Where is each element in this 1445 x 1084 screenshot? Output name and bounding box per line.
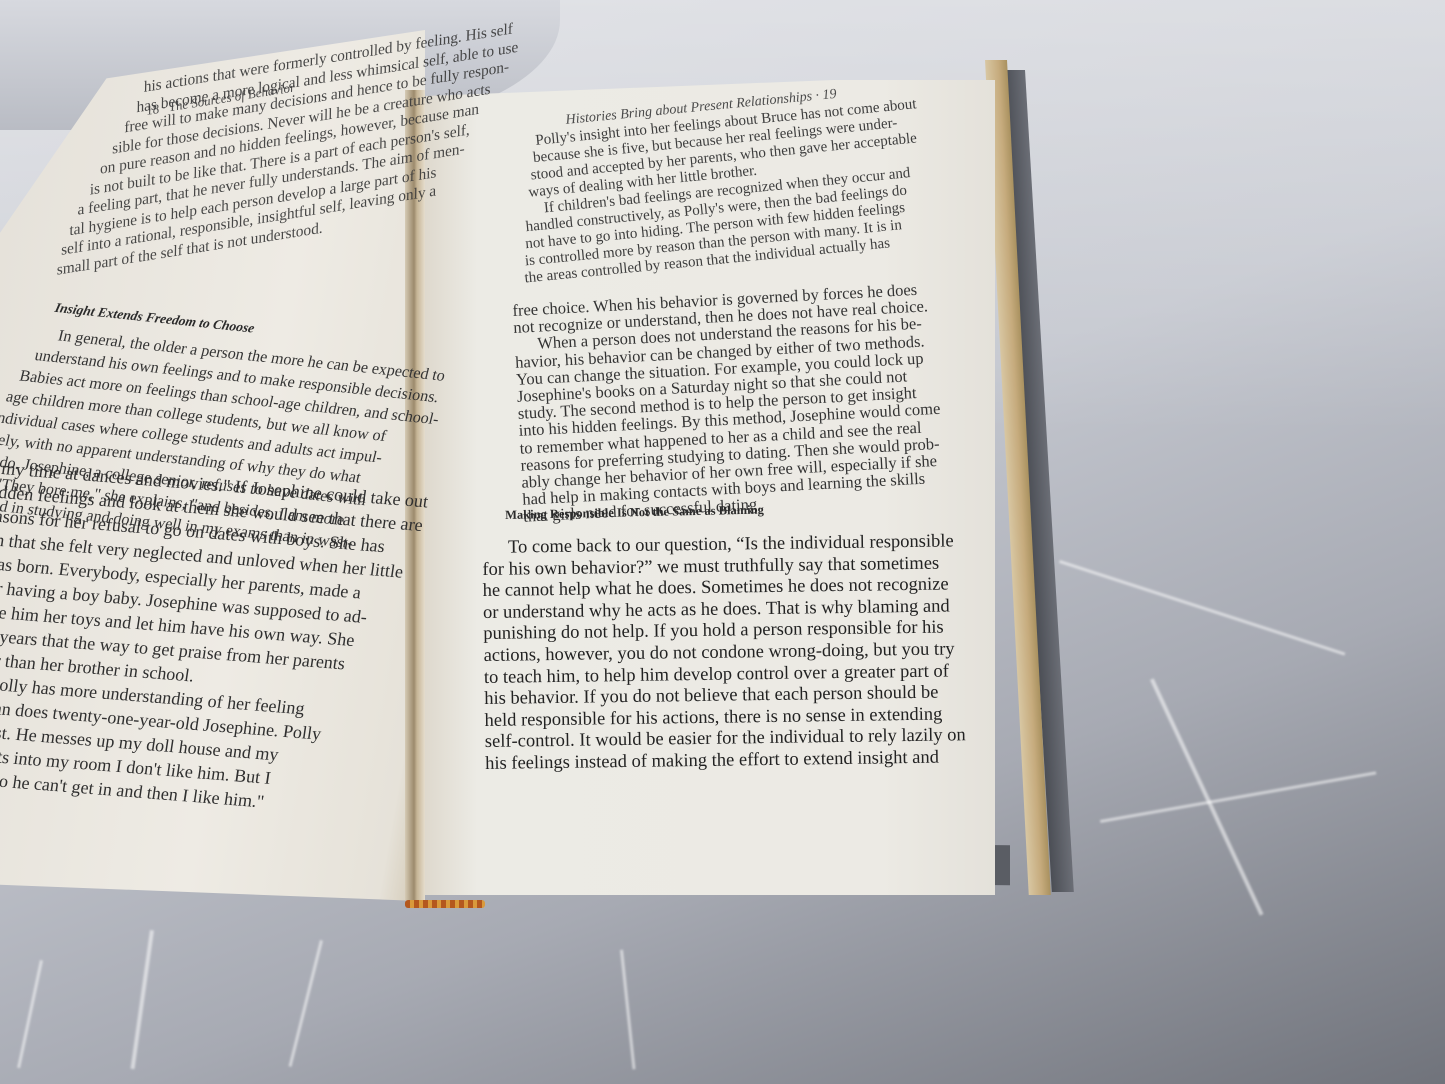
right-page-middle-text: free choice. When his behavior is govern…: [512, 280, 945, 525]
right-page-section: To come back to our question, “Is the in…: [482, 531, 966, 775]
left-page-lower-text: g my time at dances and movies." If Jose…: [0, 455, 430, 823]
right-page-top-text: Histories Bring about Present Relationsh…: [533, 78, 930, 285]
book-headband: [405, 900, 485, 908]
